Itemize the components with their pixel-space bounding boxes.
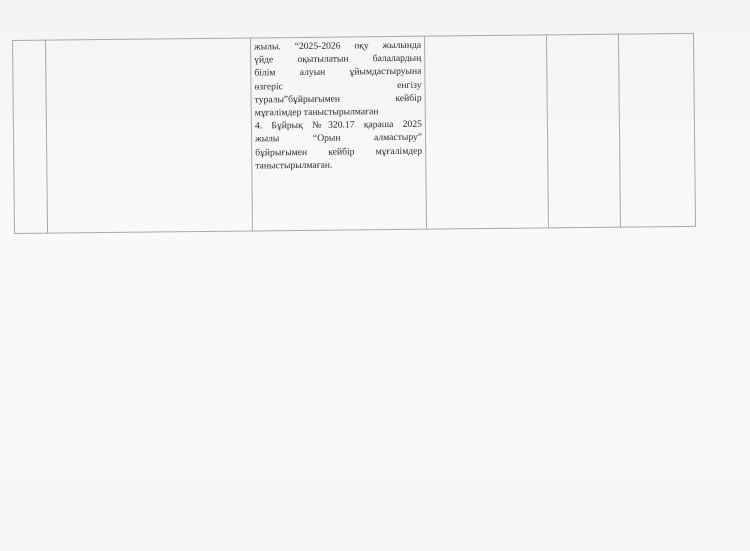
table-cell-number [13, 40, 48, 233]
document-table-wrapper: жылы. “2025-2026 оқу жылында үйде оқытыл… [12, 33, 696, 234]
table-cell-col4 [424, 35, 548, 229]
table-cell-col5 [546, 34, 620, 228]
table-cell-item [46, 38, 253, 233]
text-line: туралы”бұйрығымен кейбір [255, 92, 422, 107]
text-line: білім алуын ұйымдастыруына [254, 65, 421, 80]
text-line: бұйрығымен кейбір мұғалімдер [255, 144, 422, 159]
text-line: таныстырылмаған. [255, 158, 422, 173]
description-text: жылы. “2025-2026 оқу жылында үйде оқытыл… [251, 37, 425, 173]
table-cell-description: жылы. “2025-2026 оқу жылында үйде оқытыл… [250, 36, 426, 231]
table-row: жылы. “2025-2026 оқу жылында үйде оқытыл… [13, 33, 696, 233]
document-table: жылы. “2025-2026 оқу жылында үйде оқытыл… [12, 33, 696, 234]
scanned-page: жылы. “2025-2026 оқу жылында үйде оқытыл… [0, 0, 750, 551]
text-line: жылы “Орын алмастыру” [255, 131, 422, 146]
table-cell-col6 [618, 33, 695, 227]
